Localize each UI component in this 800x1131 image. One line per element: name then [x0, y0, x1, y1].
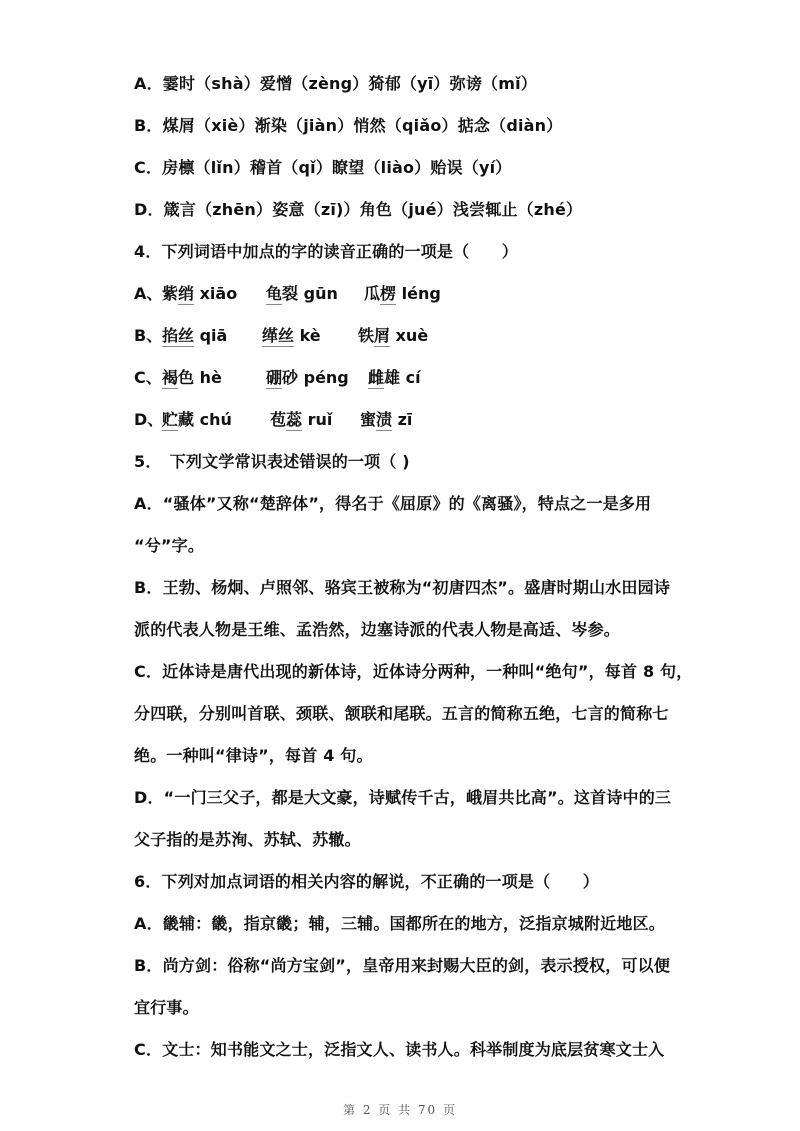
q5-line: C．近体诗是唐代出现的新体诗，近体诗分两种，一种叫“绝句”，每首 8 句，: [134, 662, 692, 682]
dotted-char: 硼: [266, 368, 282, 389]
q5-line: “兮”字。: [134, 536, 204, 556]
dotted-char: 绡: [178, 284, 194, 305]
q4-option-d: D、 贮藏 chú 苞蕊 ruǐ 蜜渍 zī: [134, 410, 163, 430]
q5-stem: 5． 下列文学常识表述错误的一项（ ): [134, 452, 410, 472]
q5-line: 分四联，分别叫首联、颈联、颔联和尾联。五言的简称五绝，七言的简称七: [134, 704, 669, 724]
term: 瓜楞 léng: [364, 284, 441, 304]
pinyin: xiāo: [200, 284, 238, 303]
pinyin: cí: [406, 368, 421, 387]
q6-line: B．尚方剑：俗称“尚方宝剑”，皇帝用来封赐大臣的剑，表示授权，可以便: [134, 956, 670, 976]
q5-line: 派的代表人物是王维、孟浩然，边塞诗派的代表人物是高适、岑参。: [134, 620, 620, 640]
pinyin: kè: [300, 326, 321, 345]
dotted-char: 屑: [374, 326, 390, 347]
term: 蜜渍 zī: [360, 410, 412, 430]
q6-stem: 6．下列对加点词语的相关内容的解说，不正确的一项是（ ）: [134, 872, 599, 892]
pinyin: chú: [200, 410, 232, 429]
term: 褐色 hè: [162, 368, 222, 388]
q3-option-a: A．霎时（shà）爱憎（zèng）猗郁（yī）弥谤（mǐ）: [134, 74, 537, 94]
term: 贮藏 chú: [162, 410, 232, 430]
pinyin: ruǐ: [308, 410, 333, 429]
option-label: D、: [134, 410, 163, 430]
page-number-footer: 第 2 页 共 70 页: [0, 1101, 800, 1118]
term: 缂丝 kè: [262, 326, 321, 346]
dotted-char: 贮: [162, 410, 178, 431]
pinyin: qiā: [200, 326, 228, 345]
q5-line: 父子指的是苏洵、苏轼、苏辙。: [134, 830, 361, 850]
q5-line: A．“骚体”又称“楚辞体”，得名于《屈原》的《离骚》，特点之一是多用: [134, 494, 651, 514]
dotted-char: 缂丝: [262, 326, 294, 347]
term: 龟裂 gūn: [266, 284, 338, 304]
dotted-char: 龟: [266, 284, 282, 305]
dotted-char: 楞: [380, 284, 396, 305]
q4-stem: 4．下列词语中加点的字的读音正确的一项是（ ）: [134, 242, 518, 262]
q5-line: 绝。一种叫“律诗”，每首 4 句。: [134, 746, 373, 766]
q6-line: A．畿辅：畿，指京畿；辅，三辅。国都所在的地方，泛指京城附近地区。: [134, 914, 665, 934]
q6-line: C．文士：知书能文之士，泛指文人、读书人。科举制度为底层贫寒文士入: [134, 1040, 664, 1060]
term: 掐丝 qiā: [162, 326, 227, 346]
pinyin: xuè: [396, 326, 429, 345]
option-label: A、: [134, 284, 162, 304]
pinyin: gūn: [304, 284, 338, 303]
q3-option-b: B．煤屑（xiè）渐染（jiàn）悄然（qiǎo）掂念（diàn）: [134, 116, 562, 136]
dotted-char: 蕊: [286, 410, 302, 431]
q4-option-a: A、 紫绡 xiāo 龟裂 gūn 瓜楞 léng: [134, 284, 162, 304]
term: 紫绡 xiāo: [162, 284, 237, 304]
q6-line: 宜行事。: [134, 998, 199, 1018]
term: 雌雄 cí: [368, 368, 421, 388]
pinyin: péng: [304, 368, 349, 387]
q5-line: D．“一门三父子，都是大文豪，诗赋传千古，峨眉共比高”。这首诗中的三: [134, 788, 671, 808]
pinyin: léng: [402, 284, 441, 303]
document-page: A．霎时（shà）爱憎（zèng）猗郁（yī）弥谤（mǐ） B．煤屑（xiè）渐…: [0, 0, 800, 1131]
option-label: C、: [134, 368, 162, 388]
q3-option-d: D．箴言（zhēn）姿意（zī)）角色（jué）浅尝辄止（zhé）: [134, 200, 582, 220]
q4-option-c: C、 褐色 hè 硼砂 péng 雌雄 cí: [134, 368, 162, 388]
term: 硼砂 péng: [266, 368, 349, 388]
pinyin: hè: [200, 368, 222, 387]
q3-option-c: C．房檩（lǐn）稽首（qǐ）瞭望（liào）贻误（yí）: [134, 158, 512, 178]
term: 铁屑 xuè: [358, 326, 428, 346]
dotted-char: 渍: [376, 410, 392, 431]
option-label: B、: [134, 326, 162, 346]
dotted-char: 掐丝: [162, 326, 194, 347]
term: 苞蕊 ruǐ: [270, 410, 332, 430]
pinyin: zī: [398, 410, 413, 429]
q5-line: B．王勃、杨炯、卢照邻、骆宾王被称为“初唐四杰”。盛唐时期山水田园诗: [134, 578, 670, 598]
q4-option-b: B、 掐丝 qiā 缂丝 kè 铁屑 xuè: [134, 326, 162, 346]
dotted-char: 褐: [162, 368, 178, 389]
dotted-char: 雌: [368, 368, 384, 389]
